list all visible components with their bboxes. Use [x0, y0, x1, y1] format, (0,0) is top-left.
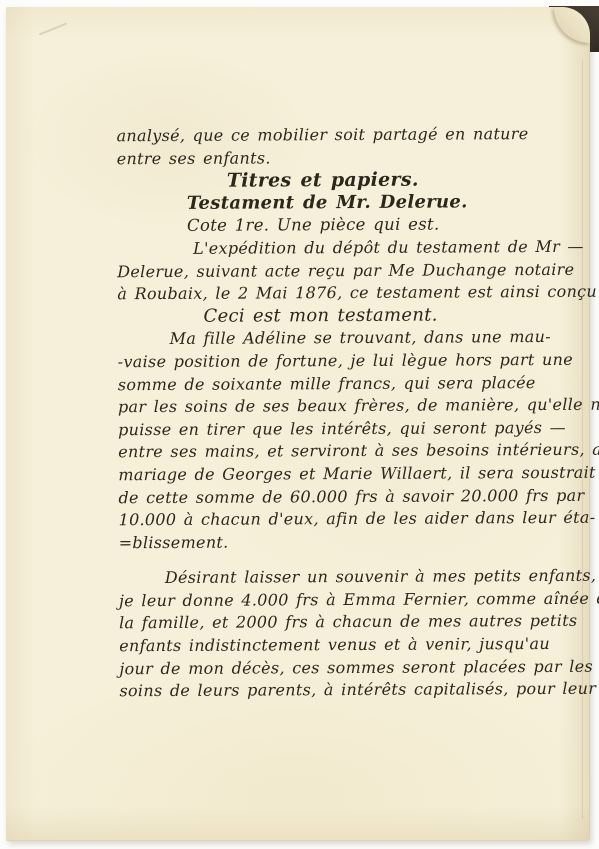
manuscript-line: la famille, et 2000 frs à chacun de mes … [119, 610, 588, 635]
manuscript-line: 10.000 à chacun d'eux, afin de les aider… [119, 507, 588, 532]
manuscript-line: entre ses enfants. [117, 145, 586, 170]
manuscript-line: =blissement. [119, 529, 588, 554]
manuscript-line: enfants indistinctement venus et à venir… [119, 633, 588, 658]
manuscript-line: de cette somme de 60.000 frs à savoir 20… [118, 484, 587, 509]
heading-ceci-est-mon-testament: Ceci est mon testament. [117, 304, 586, 329]
manuscript-line: soins de leurs parents, à intérêts capit… [119, 678, 588, 703]
manuscript-line: à Roubaix, le 2 Mai 1876, ce testament e… [117, 281, 586, 306]
cote-line: Cote 1re. Une pièce qui est. [117, 213, 586, 238]
manuscript-line: Désirant laisser un souvenir à mes petit… [119, 565, 588, 590]
manuscript-line: Delerue, suivant acte reçu par Me Duchan… [117, 258, 586, 283]
manuscript-line: Ma fille Adéline se trouvant, dans une m… [118, 326, 587, 351]
section-heading-titres-et-papiers: Titres et papiers. [117, 168, 586, 193]
manuscript-line: puisse en tirer que les intérêts, qui se… [118, 416, 587, 441]
manuscript-line: entre ses mains, et serviront à ses beso… [118, 439, 587, 464]
manuscript-line: L'expédition du dépôt du testament de Mr… [117, 236, 586, 261]
manuscript-line: par les soins de ses beaux frères, de ma… [118, 394, 587, 419]
document-scan: analysé, que ce mobilier soit partagé en… [0, 0, 599, 849]
manuscript-line: mariage de Georges et Marie Willaert, il… [118, 462, 587, 487]
manuscript-line: -vaise position de fortune, je lui lègue… [118, 349, 587, 374]
section-heading-testament: Testament de Mr. Delerue. [117, 191, 586, 216]
manuscript-line: somme de soixante mille francs, qui sera… [118, 371, 587, 396]
manuscript-line: jour de mon décès, ces sommes seront pla… [119, 655, 588, 680]
manuscript-text-block: analysé, que ce mobilier soit partagé en… [116, 123, 588, 703]
manuscript-line: analysé, que ce mobilier soit partagé en… [116, 123, 585, 148]
manuscript-line: je leur donne 4.000 frs à Emma Fernier, … [119, 588, 588, 613]
